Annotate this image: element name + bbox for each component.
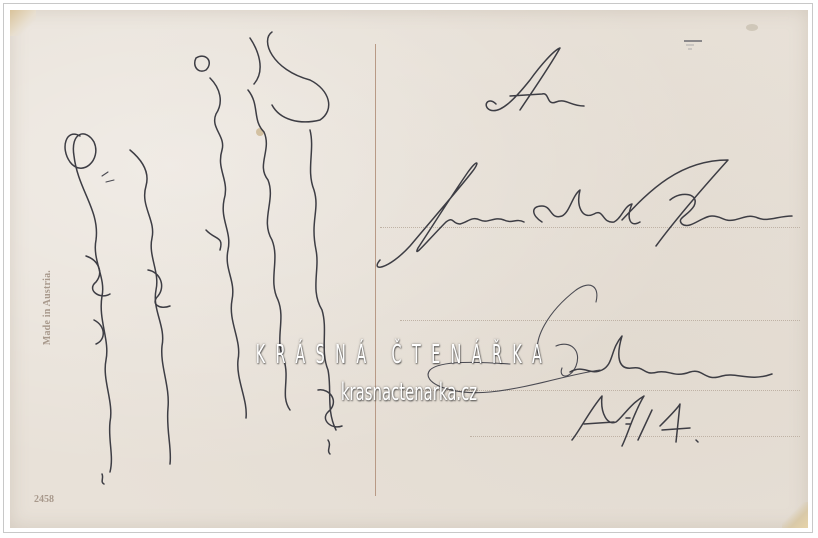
postcard: Made in Austria. 2458 xyxy=(10,10,808,528)
handwriting-address-icon xyxy=(10,10,808,528)
